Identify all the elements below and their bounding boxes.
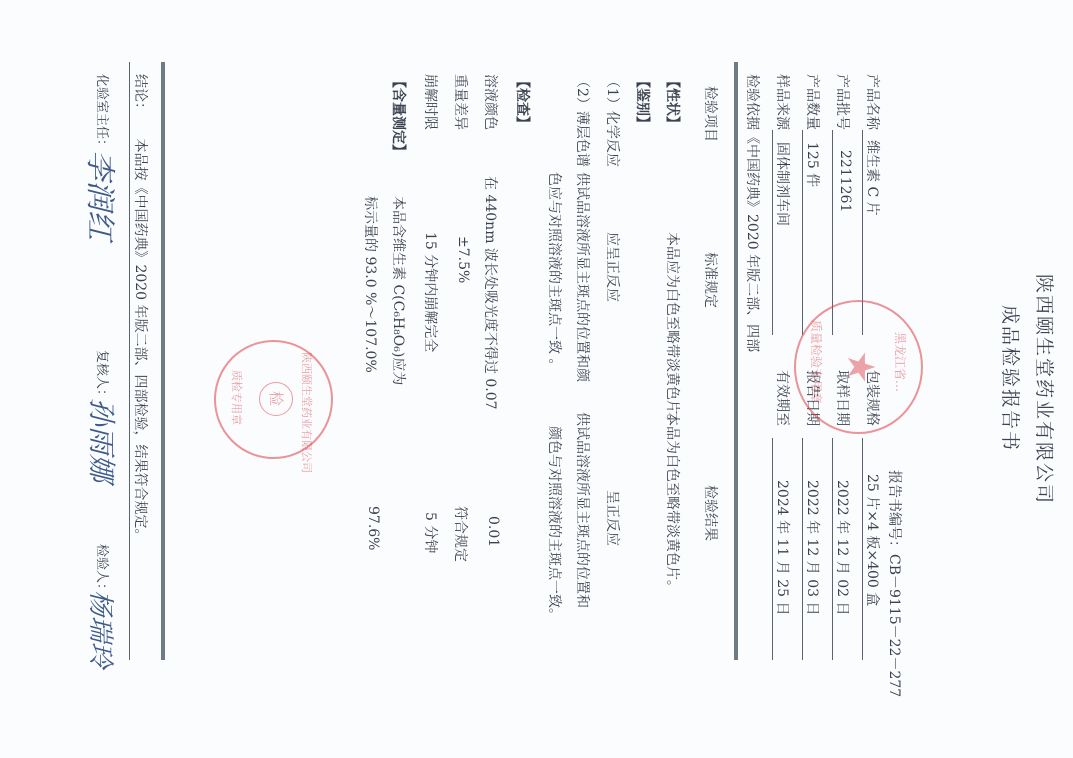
row-standard: 色应与对照溶液的主斑点一致 。 bbox=[545, 172, 565, 372]
director-label: 化验室主任： bbox=[94, 74, 113, 152]
director-signature: 李润红 bbox=[81, 150, 125, 240]
label-batch-no: 产品批号 bbox=[833, 74, 853, 130]
report-title: 成品检验报告书 bbox=[998, 305, 1025, 452]
label-expiry-date: 有效期至 bbox=[773, 370, 793, 426]
row-standard: 15 分钟内崩解完全 bbox=[421, 232, 441, 352]
report-number-value: CB－9115－22－277 bbox=[886, 554, 902, 697]
inspector-signature: 杨瑞玲 bbox=[84, 590, 121, 668]
value-test-basis: 《中国药典》2020 年版二部、四部 bbox=[743, 130, 763, 352]
qa-stamp: 陕西颐生堂药业有限公司 检 质检专用章 bbox=[214, 340, 333, 459]
value-report-date: 2022 年 12 月 03 日 bbox=[803, 480, 823, 616]
qa-stamp-sub: 质检专用章 bbox=[229, 370, 245, 425]
row-result: 颜色与对照溶液的主斑点一致。 bbox=[545, 426, 565, 622]
value-quantity: 125 件 bbox=[803, 142, 823, 187]
row-result: 供试品溶液所显主斑点的位置和 bbox=[573, 412, 593, 608]
inspector-label: 检验人： bbox=[94, 544, 113, 596]
value-batch-no: 2211261 bbox=[837, 150, 853, 212]
row-item: 【检查】 bbox=[513, 74, 533, 130]
header-result: 检验结果 bbox=[701, 485, 721, 541]
row-item: （2）薄层色谱 bbox=[573, 74, 593, 167]
row-result: 符合规定 bbox=[451, 506, 471, 562]
row-result: 0.01 bbox=[485, 516, 501, 547]
row-standard: 应呈正反应 bbox=[603, 232, 623, 302]
row-item: 【鉴别】 bbox=[633, 74, 653, 130]
report-number: 报告书编号：CB－9115－22－277 bbox=[885, 470, 905, 697]
value-packaging: 25 片×4 板×400 盒 bbox=[863, 474, 883, 606]
row-result: 呈正反应 bbox=[603, 490, 623, 546]
label-test-basis: 检验依据 bbox=[743, 74, 763, 130]
label-quantity: 产品数量 bbox=[803, 74, 823, 130]
value-product-name: 维生素 C 片 bbox=[863, 140, 883, 216]
value-sample-source: 固体制剂车间 bbox=[773, 142, 793, 226]
row-standard: 标示量的 93.0 %～107.0% bbox=[361, 196, 381, 373]
conclusion-label: 结论： bbox=[132, 74, 148, 116]
row-standard: ±7.5% bbox=[455, 236, 471, 283]
qa-stamp-text: 陕西颐生堂药业有限公司 bbox=[299, 352, 315, 473]
row-standard: 本品应为白色至略带淡黄色片。 bbox=[663, 232, 683, 428]
row-item: 崩解时限 bbox=[421, 74, 441, 130]
label-sample-source: 样品来源 bbox=[773, 74, 793, 130]
company-name: 陕西颐生堂药业有限公司 bbox=[1032, 274, 1059, 505]
inspection-report-page: 陕西颐生堂药业有限公司 成品检验报告书 报告书编号：CB－9115－22－277… bbox=[0, 0, 1073, 758]
row-item: 重量差异 bbox=[451, 74, 471, 130]
row-standard: 本品含维生素 C(C₆H₈O₆)应为 bbox=[389, 196, 409, 385]
row-item: 【性状】 bbox=[663, 74, 683, 130]
report-number-label: 报告书编号： bbox=[886, 470, 902, 554]
conclusion: 结论： 本品按《中国药典》2020 年版二部、四部检验，结果符合规定。 bbox=[131, 74, 151, 543]
value-sampling-date: 2022 年 12 月 02 日 bbox=[833, 480, 853, 616]
reviewer-signature: 孙雨娜 bbox=[83, 398, 123, 482]
cert-stamp: 黑龙江省… ★ 质量检验专用章 bbox=[794, 300, 923, 434]
row-result: 97.6% bbox=[365, 506, 381, 550]
row-result: 本品为白色至略带淡黄色片。 bbox=[663, 412, 683, 594]
cert-stamp-text: 黑龙江省… bbox=[892, 332, 909, 392]
row-standard: 在 440nm 波长处吸光度不得过 0.07 bbox=[481, 176, 501, 410]
row-item: （1）化学反应 bbox=[603, 74, 623, 167]
conclusion-text: 本品按《中国药典》2020 年版二部、四部检验，结果符合规定。 bbox=[132, 138, 148, 542]
row-item: 【含量测定】 bbox=[389, 74, 409, 158]
header-standard: 标准规定 bbox=[701, 252, 721, 308]
qa-stamp-center: 检 bbox=[266, 391, 287, 406]
row-standard: 供试品溶液所显主斑点的位置和颜 bbox=[573, 172, 593, 382]
label-product-name: 产品名称 bbox=[863, 74, 883, 130]
star-icon: ★ bbox=[839, 350, 883, 384]
cert-stamp-sub: 质量检验专用章 bbox=[808, 320, 825, 404]
value-expiry-date: 2024 年 11 月 25 日 bbox=[773, 480, 793, 616]
row-item: 溶液颜色 bbox=[481, 74, 501, 130]
row-result: 5 分钟 bbox=[421, 512, 441, 553]
reviewer-label: 复核人： bbox=[94, 350, 113, 402]
header-item: 检验项目 bbox=[701, 86, 721, 142]
